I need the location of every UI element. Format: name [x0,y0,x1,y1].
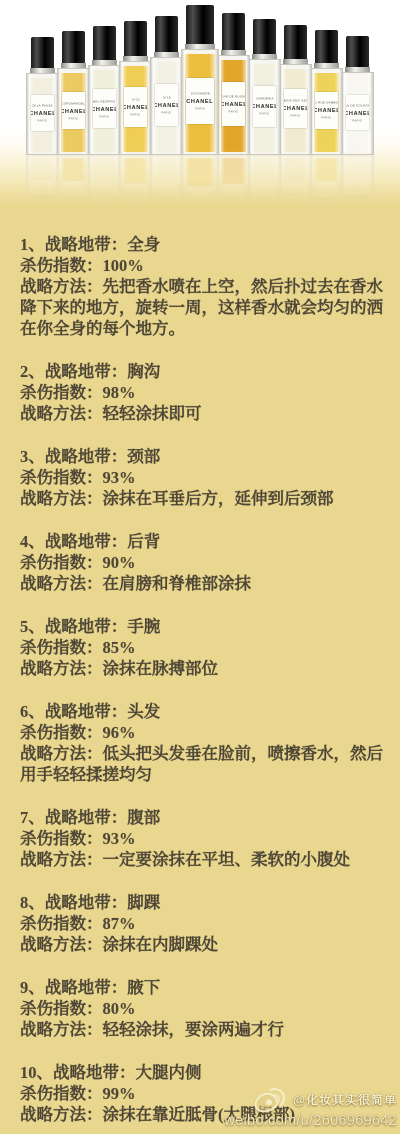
colon: ： [111,978,128,997]
method-label: 战略方法 [20,404,86,423]
zone-value: 大腿内侧 [136,1063,202,1082]
tip-method-line: 战略方法：轻轻涂抹即可 [20,403,386,424]
bottle-body: BEL RESPIRO CHANEL PARIS [88,65,121,155]
colon: ： [86,277,103,296]
zone-value: 颈部 [127,447,160,466]
bottle-body: N°18 CHANEL PARIS [150,155,183,207]
bottle-label-name: BEL RESPIRO [93,100,115,103]
colon: ： [86,659,103,678]
watermark-url: weibo.com/u/2606969642 [224,1113,397,1129]
index-label: 杀伤指数 [20,1084,86,1103]
bottle-reflection: 28 LA PAUSA CHANEL PARIS COROMANDEL CHAN… [0,155,400,207]
method-value: 涂抹在脉搏部位 [103,659,219,678]
tip-section: 7、战略地带：腹部 杀伤指数：93% 战略方法：一定要涂抹在平坦、柔软的小腹处 [20,807,386,870]
watermark-account: @化妆其实很简单 [293,1091,397,1108]
bottle-label: COROMANDEL CHANEL PARIS [62,92,85,129]
index-label: 杀伤指数 [20,638,86,657]
zone-value: 胸沟 [127,362,160,381]
bottle-label-city: PARIS [353,119,363,122]
bottle-cap [253,19,277,54]
index-value: 85% [103,638,136,657]
colon: ： [111,362,128,381]
tip-index-line: 杀伤指数：100% [20,255,386,276]
perfume-bottle: N°22 CHANEL PARIS [119,155,152,207]
tip-section: 2、战略地带：胸沟 杀伤指数：98% 战略方法：轻轻涂抹即可 [20,361,386,424]
colon: ： [86,723,103,742]
bottle-label: BEL RESPIRO CHANEL PARIS [93,182,116,207]
perfume-bottle: CUIR DE RUSSIE CHANEL PARIS [217,13,250,155]
tip-zone-line: 7、战略地带：腹部 [20,807,386,828]
perfume-bottle: BOIS DES ILES CHANEL PARIS [279,25,312,155]
bottle-label-city: PARIS [291,192,301,195]
tip-zone-line: 1、战略地带：全身 [20,234,386,255]
method-value: 一定要涂抹在平坦、柔软的小腹处 [103,850,351,869]
bottle-label-name: COROMANDEL [62,205,85,207]
tip-zone-line: 5、战略地带：手腕 [20,616,386,637]
tip-zone-line: 8、战略地带：脚踝 [20,892,386,913]
bottle-label-brand: CHANEL [187,206,214,207]
bottle-label-brand: CHANEL [284,198,307,204]
colon: ： [111,235,128,254]
zone-label: 战略地带 [45,235,111,254]
bottle-label: 31 RUE CAMBON CHANEL PARIS [315,92,338,130]
perfume-bottle: GARDÉNIA CHANEL PARIS [248,155,281,207]
bottle-body: COROMANDEL CHANEL PARIS [57,68,90,155]
bottle-label: N°18 CHANEL PARIS [155,84,178,126]
bottle-label-brand: CHANEL [315,197,338,203]
colon: ： [111,617,128,636]
bottle-label-city: PARIS [353,188,363,191]
bottle-label-name: EAU DE COLOGNE [346,103,369,106]
method-value: 涂抹在内脚踝处 [103,935,219,954]
perfume-bottle: COROMANDEL CHANEL PARIS [57,155,90,207]
enum-separator: 、 [28,702,45,721]
colon: ： [86,553,103,572]
perfume-bottle: EAU DE COLOGNE CHANEL PARIS [341,36,374,155]
bottle-label-brand: CHANEL [253,201,276,207]
index-label: 杀伤指数 [20,723,86,742]
method-label: 战略方法 [20,1020,86,1039]
bottle-label-name: SYCOMORE [190,92,209,95]
bottle-body: GARDÉNIA CHANEL PARIS [248,59,281,155]
bottle-label: 28 LA PAUSA CHANEL PARIS [31,179,54,207]
tip-number: 1 [20,235,28,254]
zone-label: 战略地带 [45,362,111,381]
index-value: 96% [103,723,136,742]
colon: ： [111,447,128,466]
index-value: 93% [103,829,136,848]
bottle-label: CUIR DE RUSSIE CHANEL PARIS [222,82,245,125]
perfume-bottle: N°18 CHANEL PARIS [150,155,183,207]
bottle-body: 28 LA PAUSA CHANEL PARIS [26,155,59,207]
enum-separator: 、 [28,808,45,827]
bottle-label-name: N°18 [163,96,171,99]
bottle-label: 28 LA PAUSA CHANEL PARIS [31,95,54,130]
index-label: 杀伤指数 [20,914,86,933]
tip-index-line: 杀伤指数：96% [20,722,386,743]
colon: ： [86,1084,103,1103]
index-label: 杀伤指数 [20,383,86,402]
tip-section: 5、战略地带：手腕 杀伤指数：85% 战略方法：涂抹在脉搏部位 [20,616,386,679]
bottle-body: SYCOMORE CHANEL PARIS [181,49,219,155]
bottle-body: COROMANDEL CHANEL PARIS [57,155,90,207]
colon: ： [111,532,128,551]
method-label: 战略方法 [20,277,86,296]
weibo-logo-icon [253,1086,289,1112]
bottle-label-name: CUIR DE RUSSIE [222,95,245,98]
colon: ： [86,1105,103,1124]
bottle-label-city: PARIS [131,113,141,116]
bottle-label-name: 28 LA PAUSA [32,104,53,107]
bottle-label-city: PARIS [162,196,172,199]
bottle-label-brand: CHANEL [93,106,116,112]
perfume-bottle: COROMANDEL CHANEL PARIS [57,31,90,155]
colon: ： [86,489,103,508]
weibo-watermark: @化妆其实很简单 weibo.com/u/2606969642 [224,1086,397,1129]
bottle-label-brand: CHANEL [346,110,369,116]
bottle-label-name: 31 RUE CAMBON [315,101,338,104]
bottle-body: CUIR DE RUSSIE CHANEL PARIS [217,55,250,155]
zone-label: 战略地带 [45,532,111,551]
colon: ： [86,1020,103,1039]
tip-section: 1、战略地带：全身 杀伤指数：100% 战略方法：先把香水喷在上空，然后扑过去在… [20,234,386,339]
colon: ： [86,256,103,275]
tips-list: 1、战略地带：全身 杀伤指数：100% 战略方法：先把香水喷在上空，然后扑过去在… [0,207,400,1125]
bottle-label: BOIS DES ILES CHANEL PARIS [284,89,307,128]
bottle-cap [186,5,213,44]
tip-method-line: 战略方法：一定要涂抹在平坦、柔软的小腹处 [20,849,386,870]
zone-label: 战略地带 [45,978,111,997]
method-label: 战略方法 [20,850,86,869]
index-value: 100% [103,256,144,275]
tip-zone-line: 9、战略地带：腋下 [20,977,386,998]
method-label: 战略方法 [20,489,86,508]
bottle-label-city: PARIS [38,188,48,191]
perfume-bottle: BEL RESPIRO CHANEL PARIS [88,155,121,207]
perfume-bottle: 31 RUE CAMBON CHANEL PARIS [310,155,343,207]
bottle-label-city: PARIS [322,191,332,194]
perfume-photo: 28 LA PAUSA CHANEL PARIS COROMANDEL CHAN… [0,0,400,207]
bottle-label: GARDÉNIA CHANEL PARIS [253,86,276,127]
index-value: 90% [103,553,136,572]
perfume-bottle: N°22 CHANEL PARIS [119,21,152,155]
bottle-label-city: PARIS [195,107,205,110]
colon: ： [86,383,103,402]
zone-value: 脚踝 [127,893,160,912]
tip-method-line: 战略方法：涂抹在耳垂后方，延伸到后颈部 [20,488,386,509]
enum-separator: 、 [28,532,45,551]
enum-separator: 、 [28,235,45,254]
bottle-cap [346,36,370,67]
colon: ： [119,1063,136,1082]
tip-method-line: 战略方法：轻轻涂抹，要涂两遍才行 [20,1019,386,1040]
bottle-label-brand: CHANEL [284,105,307,111]
perfume-bottle: CUIR DE RUSSIE CHANEL PARIS [217,155,250,207]
tip-index-line: 杀伤指数：93% [20,467,386,488]
bottle-label-brand: CHANEL [31,194,54,200]
bottle-label-name: EAU DE COLOGNE [346,203,369,206]
weibo-pupil-icon [266,1099,273,1106]
colon: ： [86,829,103,848]
perfume-bottle: 28 LA PAUSA CHANEL PARIS [26,37,59,155]
bottle-body: N°22 CHANEL PARIS [119,61,152,155]
bottle-label-name: 28 LA PAUSA [32,203,53,206]
tip-number: 9 [20,978,28,997]
bottle-label-city: PARIS [291,114,301,117]
enum-separator: 、 [28,978,45,997]
zone-label: 战略地带 [45,808,111,827]
bottle-label-name: 31 RUE CAMBON [315,205,338,207]
enum-separator: 、 [28,362,45,381]
bottle-label-brand: CHANEL [346,194,369,200]
bottle-label: N°22 CHANEL PARIS [124,87,147,128]
bottle-label-city: PARIS [38,119,48,122]
bottle-label: EAU DE COLOGNE CHANEL PARIS [346,180,369,207]
tip-index-line: 杀伤指数：90% [20,552,386,573]
index-label: 杀伤指数 [20,468,86,487]
bottle-row: 28 LA PAUSA CHANEL PARIS COROMANDEL CHAN… [27,5,373,155]
tip-number: 7 [20,808,28,827]
colon: ： [86,638,103,657]
bottle-label-brand: CHANEL [155,202,178,207]
tip-section: 9、战略地带：腋下 杀伤指数：80% 战略方法：轻轻涂抹，要涂两遍才行 [20,977,386,1040]
bottle-cap [31,37,55,68]
bottle-cap [284,25,308,59]
bottle-label: COROMANDEL CHANEL PARIS [62,181,85,207]
tip-method-line: 战略方法：低头把头发垂在脸前，喷擦香水，然后用手轻轻揉搓均匀 [20,743,386,785]
bottle-body: BEL RESPIRO CHANEL PARIS [88,155,121,207]
colon: ： [86,914,103,933]
bottle-label: SYCOMORE CHANEL PARIS [186,186,214,207]
tip-number: 2 [20,362,28,381]
bottle-label-brand: CHANEL [62,108,85,114]
tip-zone-line: 3、战略地带：颈部 [20,446,386,467]
zone-value: 腋下 [127,978,160,997]
bottle-label-city: PARIS [162,111,172,114]
bottle-label-city: PARIS [260,195,270,198]
bottle-label: EAU DE COLOGNE CHANEL PARIS [346,95,369,131]
bottle-label-brand: CHANEL [253,103,276,109]
colon: ： [111,893,128,912]
bottle-cap [124,21,148,56]
tip-number: 4 [20,532,28,551]
tip-zone-line: 2、战略地带：胸沟 [20,361,386,382]
index-label: 杀伤指数 [20,999,86,1018]
tip-number: 6 [20,702,28,721]
weibo-image-post: 28 LA PAUSA CHANEL PARIS COROMANDEL CHAN… [0,0,400,1134]
bottle-label-brand: CHANEL [124,104,147,110]
perfume-bottle: BOIS DES ILES CHANEL PARIS [279,155,312,207]
index-value: 93% [103,468,136,487]
tip-zone-line: 6、战略地带：头发 [20,701,386,722]
bottle-body: 31 RUE CAMBON CHANEL PARIS [310,68,343,156]
bottle-label: N°22 CHANEL PARIS [124,183,147,207]
method-label: 战略方法 [20,574,86,593]
bottle-cap [222,13,246,50]
bottle-label-brand: CHANEL [315,107,338,113]
colon: ： [86,468,103,487]
colon: ： [86,574,103,593]
bottle-body: N°22 CHANEL PARIS [119,155,152,207]
tip-index-line: 杀伤指数：87% [20,913,386,934]
index-value: 98% [103,383,136,402]
tip-section: 6、战略地带：头发 杀伤指数：96% 战略方法：低头把头发垂在脸前，喷擦香水，然… [20,701,386,785]
enum-separator: 、 [28,447,45,466]
method-label: 战略方法 [20,935,86,954]
bottle-label-name: BOIS DES ILES [284,99,307,102]
bottle-label-city: PARIS [195,200,205,203]
bottle-label-brand: CHANEL [31,110,54,116]
tip-number: 8 [20,893,28,912]
tip-section: 3、战略地带：颈部 杀伤指数：93% 战略方法：涂抹在耳垂后方，延伸到后颈部 [20,446,386,509]
bottle-body: BOIS DES ILES CHANEL PARIS [279,64,312,155]
method-label: 战略方法 [20,1105,86,1124]
perfume-bottle: SYCOMORE CHANEL PARIS [181,5,219,155]
bottle-label: CUIR DE RUSSIE CHANEL PARIS [222,184,245,207]
tip-method-line: 战略方法：在肩膀和脊椎部涂抹 [20,573,386,594]
bottle-label-name: COROMANDEL [62,102,85,105]
method-value: 轻轻涂抹，要涂两遍才行 [103,1020,285,1039]
bottle-body: BOIS DES ILES CHANEL PARIS [279,155,312,207]
bottle-cap [155,16,179,52]
tip-index-line: 杀伤指数：85% [20,637,386,658]
zone-label: 战略地带 [45,702,111,721]
zone-value: 腹部 [127,808,160,827]
zone-label: 战略地带 [45,893,111,912]
perfume-bottle: EAU DE COLOGNE CHANEL PARIS [341,155,374,207]
colon: ： [86,744,103,763]
index-value: 99% [103,1084,136,1103]
colon: ： [86,404,103,423]
perfume-bottle: 31 RUE CAMBON CHANEL PARIS [310,30,343,155]
bottle-label-name: N°22 [132,98,140,101]
colon: ： [86,999,103,1018]
tip-zone-line: 4、战略地带：后背 [20,531,386,552]
bottle-body: 28 LA PAUSA CHANEL PARIS [26,73,59,155]
perfume-bottle: 28 LA PAUSA CHANEL PARIS [26,155,59,207]
perfume-bottle: N°18 CHANEL PARIS [150,16,183,155]
method-value: 轻轻涂抹即可 [103,404,202,423]
bottle-label-brand: CHANEL [155,102,178,108]
bottle-label-city: PARIS [322,116,332,119]
index-label: 杀伤指数 [20,553,86,572]
zone-label: 战略地带 [45,447,111,466]
tip-index-line: 杀伤指数：98% [20,382,386,403]
zone-value: 后背 [127,532,160,551]
bottle-label-city: PARIS [131,194,141,197]
bottle-label-city: PARIS [100,192,110,195]
bottle-label: BEL RESPIRO CHANEL PARIS [93,89,116,128]
bottle-label: 31 RUE CAMBON CHANEL PARIS [315,181,338,207]
tip-method-line: 战略方法：先把香水喷在上空，然后扑过去在香水降下来的地方，旋转一周，这样香水就会… [20,276,386,339]
zone-value: 全身 [127,235,160,254]
bottle-label-city: PARIS [69,190,79,193]
bottle-label: BOIS DES ILES CHANEL PARIS [284,182,307,207]
bottle-cap [62,31,86,63]
bottle-label-brand: CHANEL [62,196,85,202]
bottle-body: N°18 CHANEL PARIS [150,57,183,155]
tip-method-line: 战略方法：涂抹在脉搏部位 [20,658,386,679]
index-value: 80% [103,999,136,1018]
bottle-label: SYCOMORE CHANEL PARIS [186,78,214,124]
enum-separator: 、 [28,617,45,636]
tip-number: 5 [20,617,28,636]
bottle-label-brand: CHANEL [222,203,245,207]
tip-index-line: 杀伤指数：93% [20,828,386,849]
zone-label: 战略地带 [53,1063,119,1082]
tip-section: 4、战略地带：后背 杀伤指数：90% 战略方法：在肩膀和脊椎部涂抹 [20,531,386,594]
colon: ： [111,808,128,827]
bottle-label-brand: CHANEL [187,98,214,104]
bottle-label-city: PARIS [69,117,79,120]
bottle-row: 28 LA PAUSA CHANEL PARIS COROMANDEL CHAN… [27,155,373,207]
perfume-bottle: GARDÉNIA CHANEL PARIS [248,19,281,155]
bottle-label-city: PARIS [100,115,110,118]
method-label: 战略方法 [20,659,86,678]
colon: ： [111,702,128,721]
bottle-label-city: PARIS [229,197,239,200]
perfume-bottle: BEL RESPIRO CHANEL PARIS [88,26,121,155]
bottle-label-brand: CHANEL [124,200,147,206]
enum-separator: 、 [37,1063,54,1082]
index-value: 87% [103,914,136,933]
watermark-account-row: @化妆其实很简单 [224,1086,397,1112]
index-label: 杀伤指数 [20,829,86,848]
zone-value: 头发 [127,702,160,721]
bottle-label-brand: CHANEL [93,198,116,204]
bottle-body: EAU DE COLOGNE CHANEL PARIS [341,72,374,155]
zone-value: 手腕 [127,617,160,636]
bottle-label-city: PARIS [229,110,239,113]
perfume-bottle: SYCOMORE CHANEL PARIS [181,155,219,207]
method-value: 在肩膀和脊椎部涂抹 [103,574,252,593]
bottle-label: N°18 CHANEL PARIS [155,184,178,207]
bottle-body: SYCOMORE CHANEL PARIS [181,155,219,207]
tip-section: 8、战略地带：脚踝 杀伤指数：87% 战略方法：涂抹在内脚踝处 [20,892,386,955]
enum-separator: 、 [28,893,45,912]
bottle-label: GARDÉNIA CHANEL PARIS [253,183,276,207]
tip-zone-line: 10、战略地带：大腿内侧 [20,1062,386,1083]
tip-number: 10 [20,1063,37,1082]
tip-number: 3 [20,447,28,466]
bottle-body: EAU DE COLOGNE CHANEL PARIS [341,155,374,207]
tip-index-line: 杀伤指数：80% [20,998,386,1019]
bottle-cap [93,26,117,60]
bottle-label-brand: CHANEL [222,101,245,107]
bottle-body: GARDÉNIA CHANEL PARIS [248,155,281,207]
index-label: 杀伤指数 [20,256,86,275]
method-value: 涂抹在耳垂后方，延伸到后颈部 [103,489,334,508]
method-label: 战略方法 [20,744,86,763]
bottle-body: 31 RUE CAMBON CHANEL PARIS [310,155,343,207]
colon: ： [86,935,103,954]
bottle-label-city: PARIS [260,112,270,115]
zone-label: 战略地带 [45,617,111,636]
bottle-cap [315,30,339,63]
tip-method-line: 战略方法：涂抹在内脚踝处 [20,934,386,955]
bottle-label-name: GARDÉNIA [256,97,273,100]
bottle-body: CUIR DE RUSSIE CHANEL PARIS [217,155,250,207]
colon: ： [86,850,103,869]
